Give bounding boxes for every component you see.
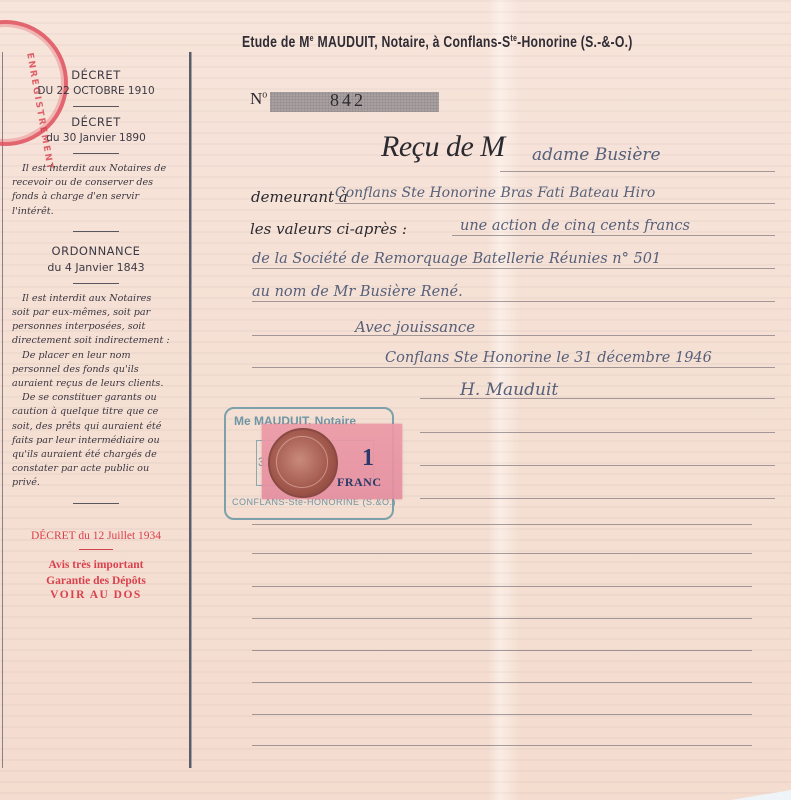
ordonnance-paragraph: Il est interdit aux Notaires soit par eu…: [12, 292, 170, 349]
ruled-line: [252, 745, 752, 746]
ordonnance-paragraph: De se constituer garants ou caution à qu…: [12, 391, 170, 490]
ordonnance-1843: ORDONNANCE du 4 Janvier 1843 Il est inte…: [4, 244, 188, 491]
ruled-line: [252, 553, 752, 554]
divider: [73, 231, 119, 232]
ruled-line: [252, 335, 775, 336]
decree-1890-date: du 30 Janvier 1890: [4, 132, 188, 144]
sidebar-divider: [189, 52, 191, 768]
ruled-line: [252, 682, 752, 683]
residing-label: demeurant à: [251, 188, 348, 206]
notice-line-1: Avis très important: [4, 557, 188, 573]
divider: [73, 503, 119, 504]
place-and-date: Conflans Ste Honorine le 31 décembre 194…: [385, 350, 712, 366]
divider: [73, 106, 119, 107]
notice-line-3: VOIR AU DOS: [4, 589, 188, 601]
securities-label: les valeurs ci-après :: [250, 220, 407, 238]
receipt-heading: Reçu de M: [381, 130, 505, 164]
ruled-line: [335, 203, 775, 204]
ruled-line: [252, 714, 752, 715]
decree-1890-text: Il est interdit aux Notaires de recevoir…: [4, 162, 188, 219]
letterhead-suffix: -Honorine (S.-&-O.): [517, 34, 632, 51]
ruled-line: [500, 171, 775, 172]
ordonnance-paragraph: De placer en leur nom personnel des fond…: [12, 349, 170, 392]
notary-letterhead: Etude de Me MAUDUIT, Notaire, à Conflans…: [242, 33, 633, 52]
decree-1910-title: DÉCRET: [4, 68, 188, 82]
securities-line-1: une action de cinq cents francs: [460, 218, 690, 234]
notice-line-2: Garantie des Dépôts: [4, 573, 188, 589]
decree-1910: DÉCRET DU 22 OCTOBRE 1910: [4, 68, 188, 97]
ruled-line: [252, 524, 752, 525]
receipt-number: 842: [330, 90, 366, 111]
ruled-line: [252, 268, 775, 269]
ordonnance-date: du 4 Janvier 1843: [4, 261, 188, 274]
red-divider: [79, 549, 113, 550]
tax-stamp-value: 1: [362, 445, 374, 472]
number-label-sup: o: [262, 89, 267, 100]
letterhead-name: MAUDUIT, Notaire, à Conflans-S: [314, 34, 510, 51]
legal-sidebar: DÉCRET DU 22 OCTOBRE 1910 DÉCRET du 30 J…: [4, 58, 188, 601]
divider: [73, 283, 119, 284]
medallion-ring: [276, 436, 328, 488]
dividend-note: Avec jouissance: [355, 318, 475, 336]
decree-1910-date: DU 22 OCTOBRE 1910: [4, 85, 188, 97]
decree-1934: DÉCRET du 12 Juillet 1934: [4, 530, 188, 542]
receipt-number-label: No: [250, 89, 267, 109]
tax-stamp-unit: FRANC: [337, 475, 382, 490]
ruled-line: [452, 235, 775, 236]
divider: [73, 153, 119, 154]
ruled-line: [420, 432, 775, 433]
number-label-text: N: [250, 89, 262, 108]
decree-1890: DÉCRET du 30 Janvier 1890 Il est interdi…: [4, 115, 188, 219]
left-border-line: [2, 52, 3, 768]
letterhead-prefix: Etude de M: [242, 34, 310, 51]
ordonnance-text: Il est interdit aux Notaires soit par eu…: [4, 292, 188, 491]
ruled-line: [252, 301, 775, 302]
decree-1890-paragraph: Il est interdit aux Notaires de recevoir…: [12, 162, 170, 219]
ordonnance-title: ORDONNANCE: [4, 244, 188, 258]
ruled-line: [420, 465, 775, 466]
notary-signature: H. Mauduit: [460, 380, 558, 400]
ruled-line: [252, 367, 775, 368]
recipient-name: adame Busière: [532, 145, 661, 165]
folded-corner: [731, 790, 791, 800]
decree-1890-title: DÉCRET: [4, 115, 188, 129]
recipient-address: Conflans Ste Honorine Bras Fati Bateau H…: [335, 185, 655, 201]
ruled-line: [252, 618, 752, 619]
securities-line-2: de la Société de Remorquage Batellerie R…: [252, 251, 661, 267]
securities-line-3: au nom de Mr Busière René.: [252, 284, 463, 300]
ruled-line: [252, 586, 752, 587]
deposit-guarantee-notice: DÉCRET du 12 Juillet 1934 Avis très impo…: [4, 530, 188, 601]
ruled-line: [420, 498, 775, 499]
ruled-line: [252, 650, 752, 651]
